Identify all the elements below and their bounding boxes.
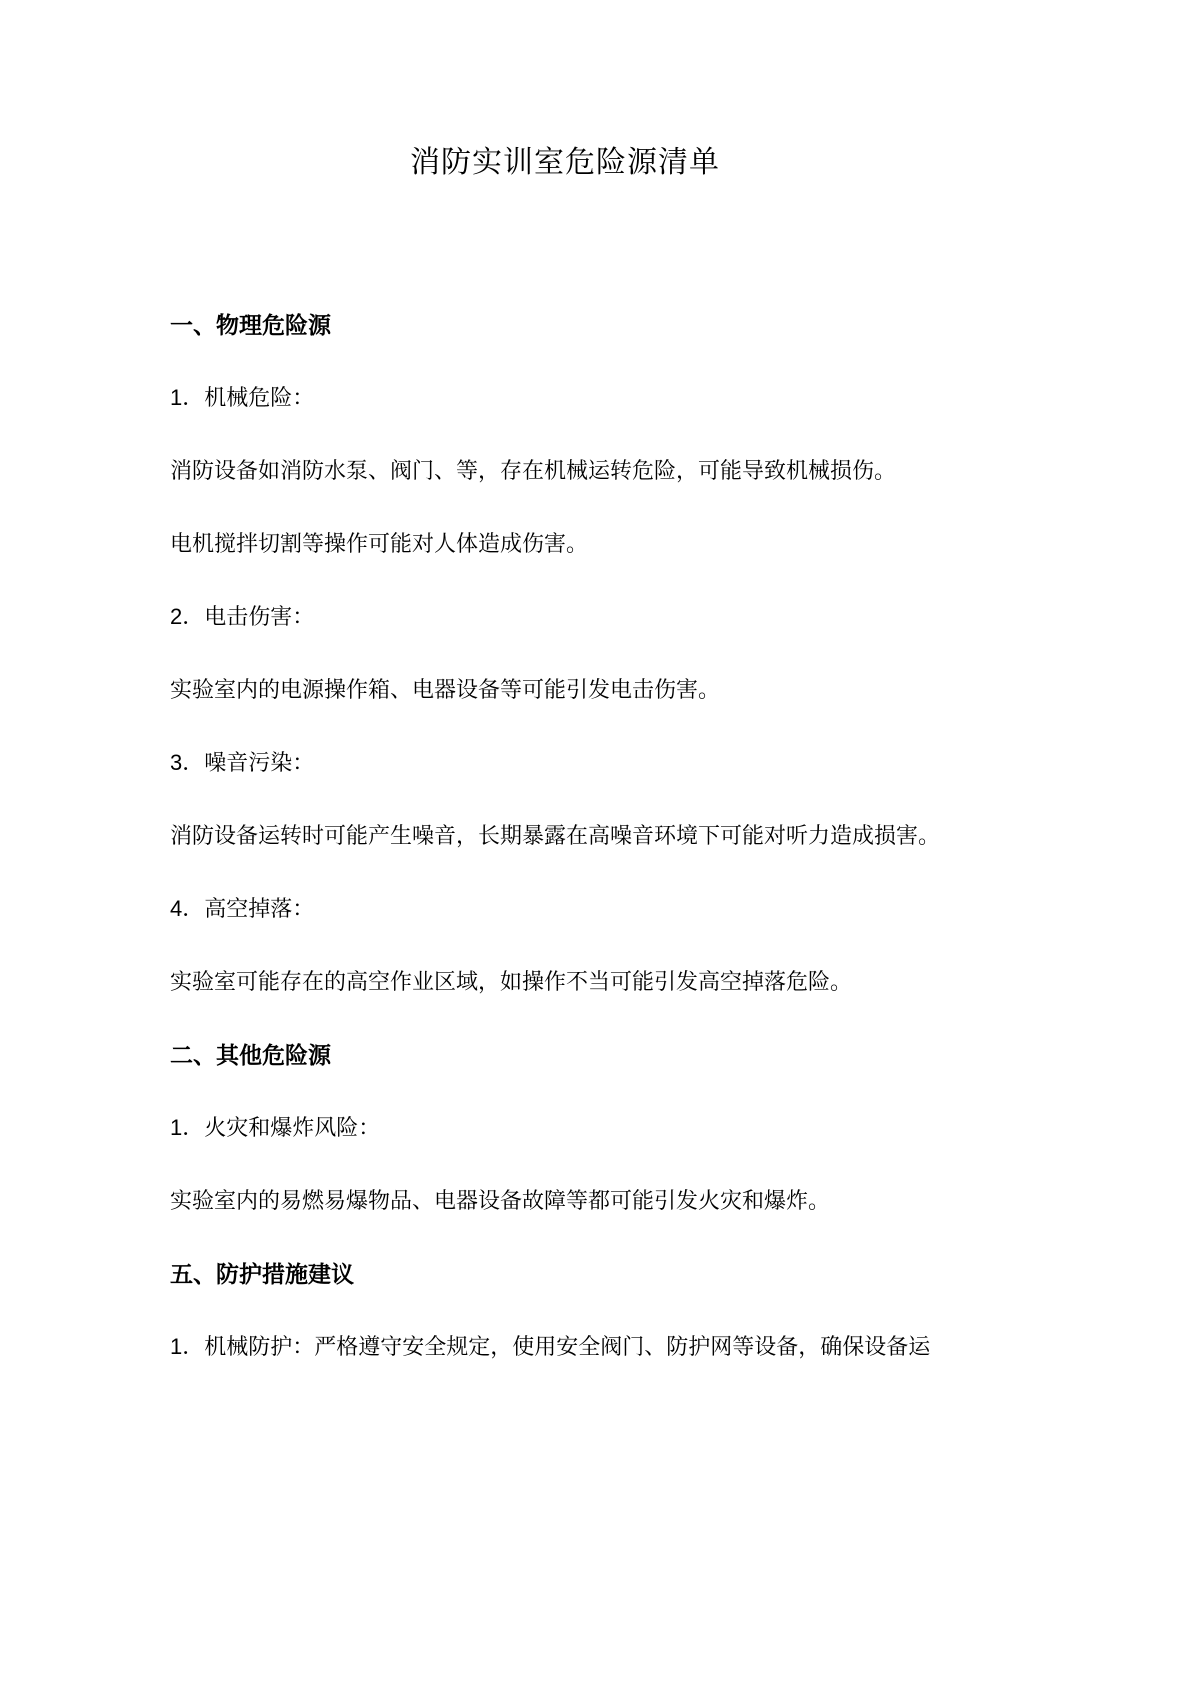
- paragraph-flammable-materials-risk: 实验室内的易燃易爆物品、电器设备故障等都可能引发火灾和爆炸。: [170, 1186, 960, 1216]
- paragraph-noise-exposure-damage: 消防设备运转时可能产生噪音，长期暴露在高噪音环境下可能对听力造成损害。: [170, 821, 960, 851]
- document-title: 消防实训室危险源清单: [170, 142, 960, 184]
- document-page: 消防实训室危险源清单 一、物理危险源 1．机械危险： 消防设备如消防水泵、阀门、…: [0, 0, 1190, 1683]
- item-heading-fall-from-height: 4．高空掉落：: [170, 894, 960, 924]
- paragraph-motor-operation-injury: 电机搅拌切割等操作可能对人体造成伤害。: [170, 529, 960, 559]
- item-heading-electric-shock: 2．电击伤害：: [170, 602, 960, 632]
- paragraph-electric-shock-sources: 实验室内的电源操作箱、电器设备等可能引发电击伤害。: [170, 675, 960, 705]
- paragraph-mechanical-protection: 1．机械防护：严格遵守安全规定，使用安全阀门、防护网等设备，确保设备运: [170, 1332, 960, 1362]
- paragraph-high-work-area-risk: 实验室可能存在的高空作业区域，如操作不当可能引发高空掉落危险。: [170, 967, 960, 997]
- section-heading-protective-measures: 五、防护措施建议: [170, 1259, 960, 1289]
- document-content: 消防实训室危险源清单 一、物理危险源 1．机械危险： 消防设备如消防水泵、阀门、…: [0, 142, 1190, 1362]
- section-heading-physical-hazards: 一、物理危险源: [170, 310, 960, 340]
- item-heading-noise-pollution: 3．噪音污染：: [170, 748, 960, 778]
- item-heading-fire-explosion-risk: 1．火灾和爆炸风险：: [170, 1113, 960, 1143]
- item-heading-mechanical-hazard: 1．机械危险：: [170, 383, 960, 413]
- paragraph-mechanical-equipment-risk: 消防设备如消防水泵、阀门、等，存在机械运转危险，可能导致机械损伤。: [170, 456, 960, 486]
- section-heading-other-hazards: 二、其他危险源: [170, 1040, 960, 1070]
